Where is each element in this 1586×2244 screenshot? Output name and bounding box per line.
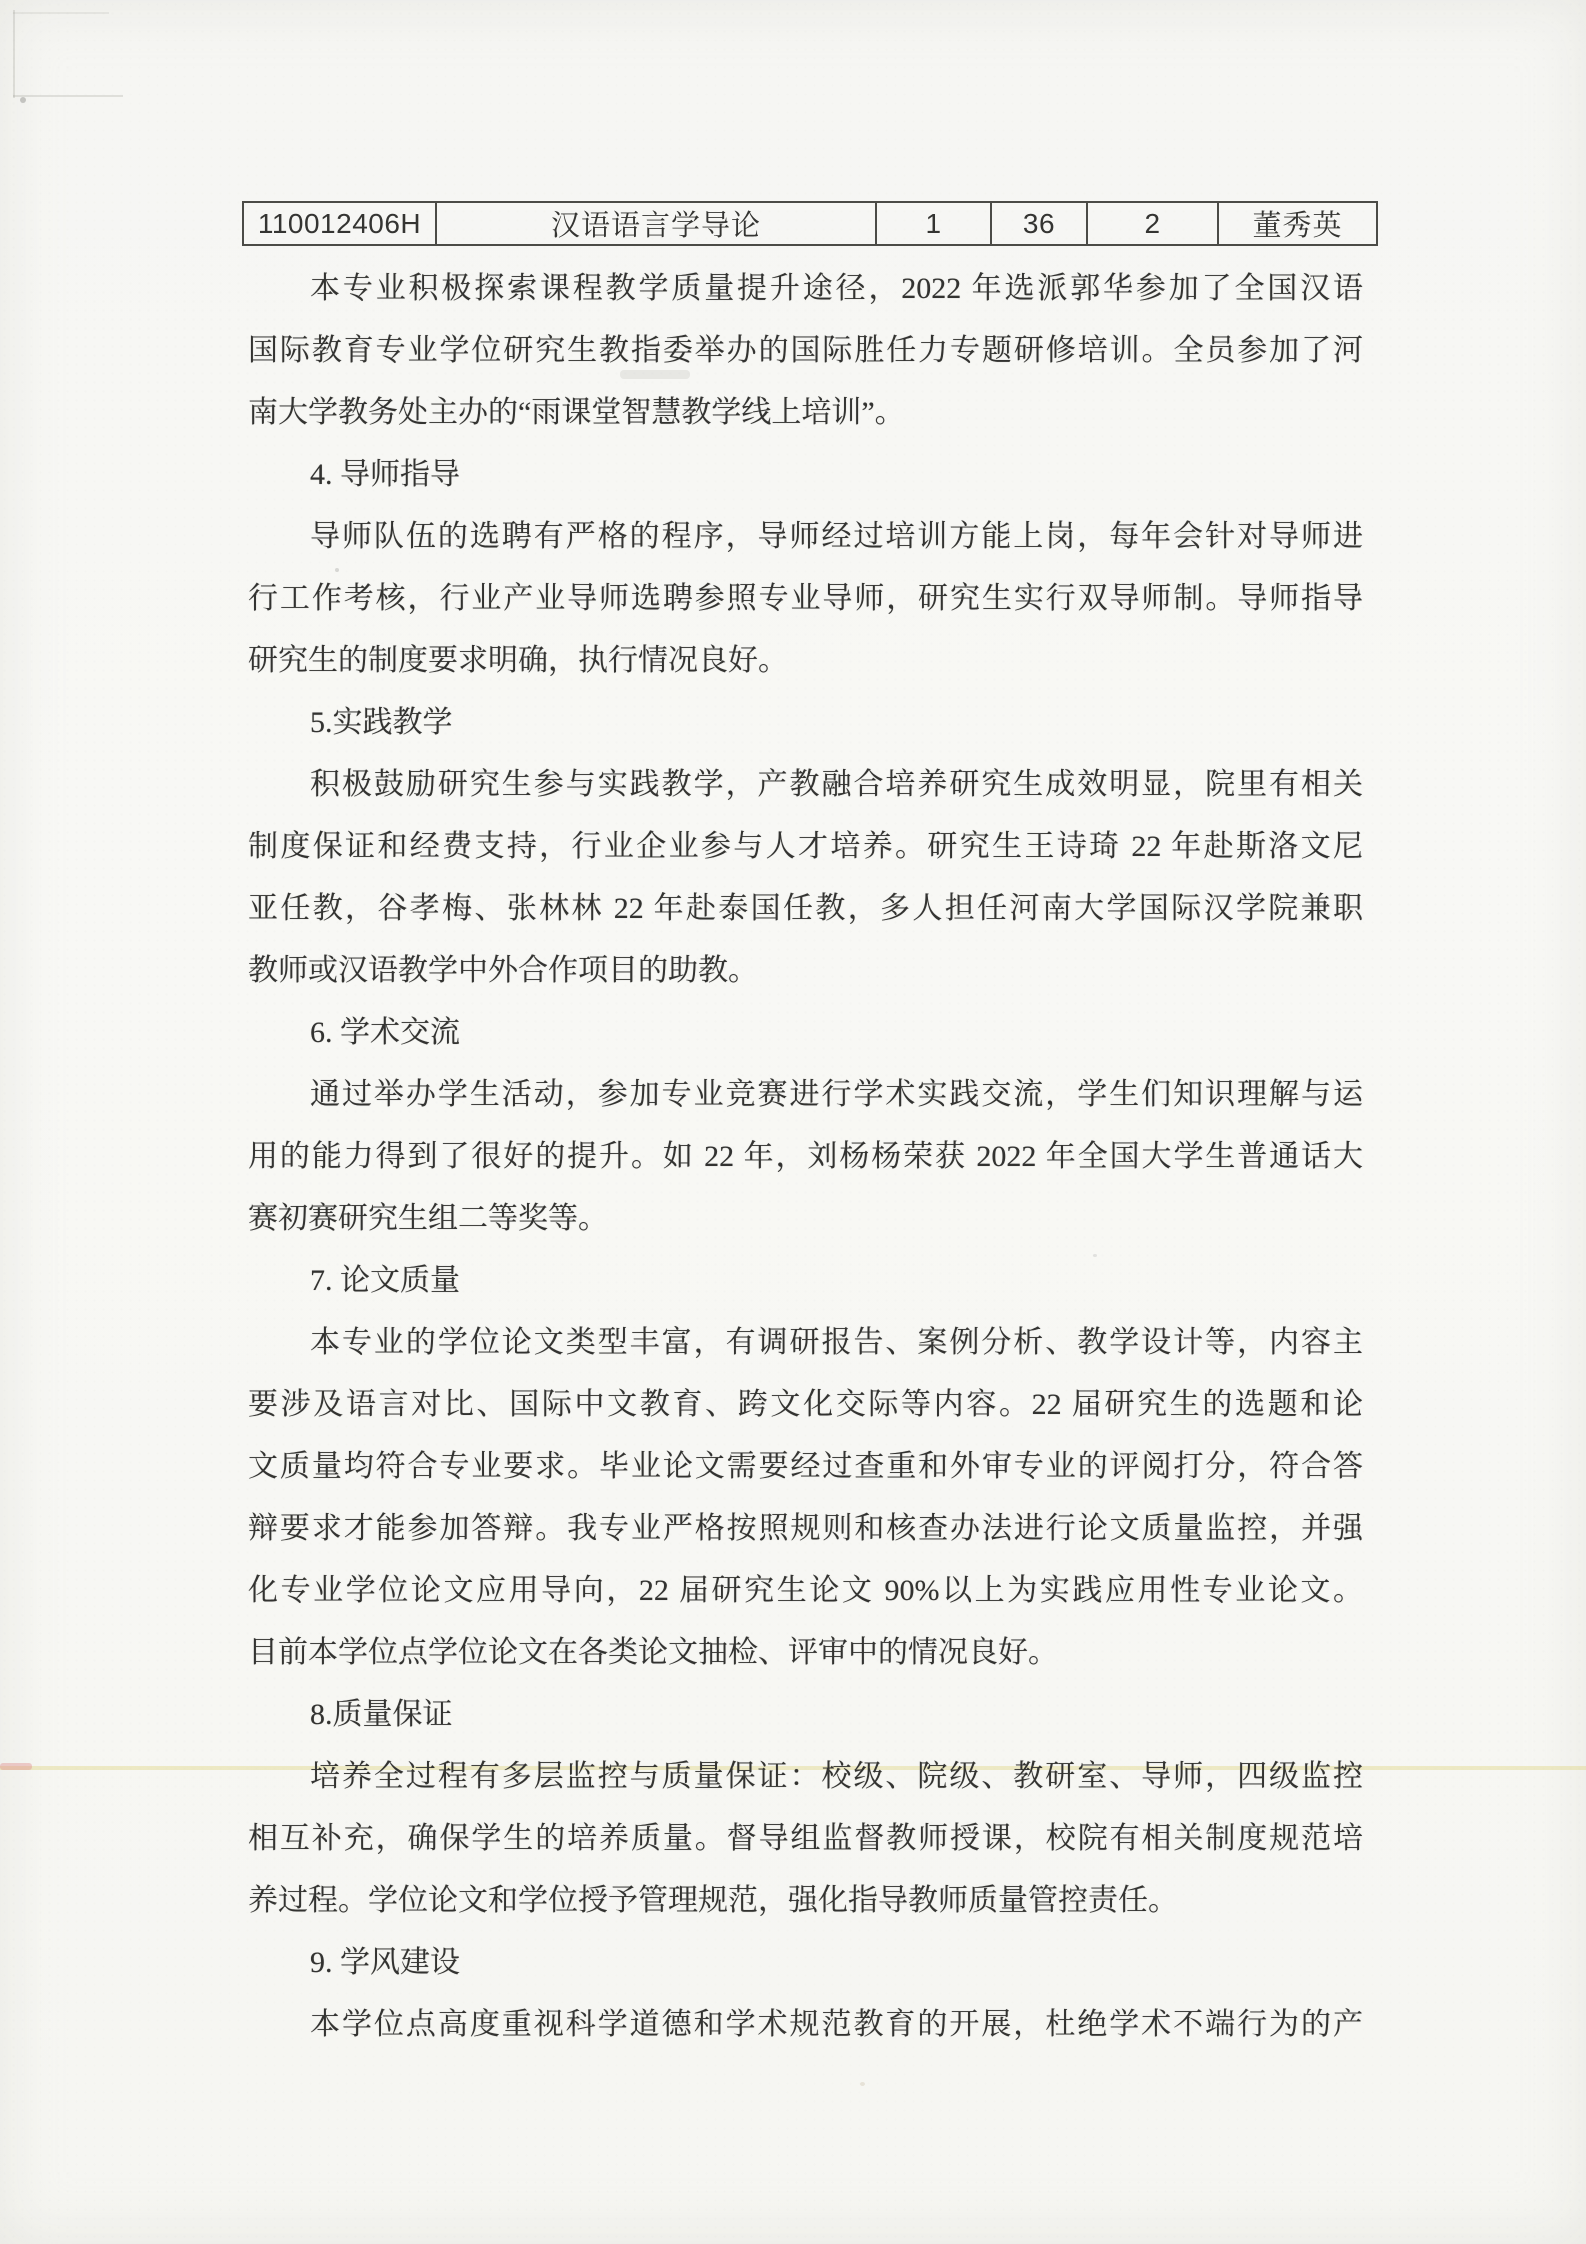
text-line: 本学位点高度重视科学道德和学术规范教育的开展，杜绝学术不端行为的产 [248,1994,1363,2056]
scan-speck-artifact [20,97,26,103]
text-line: 化专业学位论文应用导向，22 届研究生论文 90%以上为实践应用性专业论文。 [248,1560,1363,1622]
text-line: 行工作考核，行业产业导师选聘参照专业导师，研究生实行双导师制。导师指导 [248,568,1363,630]
text-line: 培养全过程有多层监控与质量保证：校级、院级、教研室、导师，四级监控 [248,1746,1363,1808]
text-line: 用的能力得到了很好的提升。如 22 年，刘杨杨荣获 2022 年全国大学生普通话… [248,1126,1363,1188]
text-line: 南大学教务处主办的“雨课堂智慧教学线上培训”。 [248,382,1363,444]
text-line: 本专业的学位论文类型丰富，有调研报告、案例分析、教学设计等，内容主 [248,1312,1363,1374]
section-heading: 8.质量保证 [248,1684,1363,1746]
section-heading: 6. 学术交流 [248,1002,1363,1064]
text-line: 本专业积极探索课程教学质量提升途径，2022 年选派郭华参加了全国汉语 [248,258,1363,320]
text-line: 相互补充，确保学生的培养质量。督导组监督教师授课，校院有相关制度规范培 [248,1808,1363,1870]
text-line: 制度保证和经费支持，行业企业参与人才培养。研究生王诗琦 22 年赴斯洛文尼 [248,816,1363,878]
text-line: 赛初赛研究生组二等奖等。 [248,1188,1363,1250]
scan-corner-line-artifact [13,10,15,98]
text-line: 辩要求才能参加答辩。我专业严格按照规则和核查办法进行论文质量监控，并强 [248,1498,1363,1560]
scan-pink-mark-artifact [0,1763,32,1770]
scan-corner-line-artifact [13,12,109,14]
text-line: 积极鼓励研究生参与实践教学，产教融合培养研究生成效明显，院里有相关 [248,754,1363,816]
text-line: 通过举办学生活动，参加专业竞赛进行学术实践交流，学生们知识理解与运 [248,1064,1363,1126]
section-heading: 4. 导师指导 [248,444,1363,506]
table-cell-semester: 1 [876,202,991,245]
section-heading: 5.实践教学 [248,692,1363,754]
text-line: 要涉及语言对比、国际中文教育、跨文化交际等内容。22 届研究生的选题和论 [248,1374,1363,1436]
text-line: 研究生的制度要求明确，执行情况良好。 [248,630,1363,692]
section-heading: 7. 论文质量 [248,1250,1363,1312]
table-cell-course-id: 110012406H [243,202,436,245]
section-heading: 9. 学风建设 [248,1932,1363,1994]
text-line: 养过程。学位论文和学位授予管理规范，强化指导教师质量管控责任。 [248,1870,1363,1932]
document-text-block: 本专业积极探索课程教学质量提升途径，2022 年选派郭华参加了全国汉语国际教育专… [248,258,1363,2056]
scan-corner-line-artifact [13,95,123,97]
table-cell-hours: 36 [991,202,1087,245]
table-cell-teacher: 董秀英 [1218,202,1377,245]
text-line: 亚任教，谷孝梅、张林林 22 年赴泰国任教，多人担任河南大学国际汉学院兼职 [248,878,1363,940]
scan-speck-artifact [860,2082,865,2086]
text-line: 教师或汉语教学中外合作项目的助教。 [248,940,1363,1002]
course-table: 110012406H 汉语语言学导论 1 36 2 董秀英 [242,201,1378,246]
text-line: 国际教育专业学位研究生教指委举办的国际胜任力专题研修培训。全员参加了河 [248,320,1363,382]
course-table-row: 110012406H 汉语语言学导论 1 36 2 董秀英 [243,202,1377,245]
table-cell-credits: 2 [1087,202,1218,245]
text-line: 文质量均符合专业要求。毕业论文需要经过查重和外审专业的评阅打分，符合答 [248,1436,1363,1498]
text-line: 目前本学位点学位论文在各类论文抽检、评审中的情况良好。 [248,1622,1363,1684]
table-cell-course-name: 汉语语言学导论 [436,202,876,245]
text-line: 导师队伍的选聘有严格的程序，导师经过培训方能上岗，每年会针对导师进 [248,506,1363,568]
scanned-page: 110012406H 汉语语言学导论 1 36 2 董秀英 本专业积极探索课程教… [0,0,1586,2244]
